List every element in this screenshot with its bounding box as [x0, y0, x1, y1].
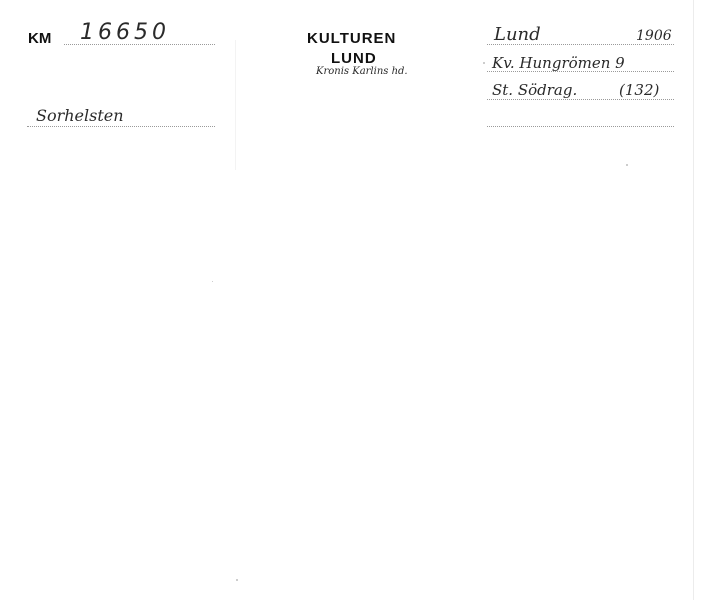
place-line	[487, 44, 674, 45]
address-line-2-rule	[487, 99, 674, 100]
institution-name: KULTUREN	[307, 30, 396, 47]
year: 1906	[636, 28, 672, 44]
place: Lund	[494, 24, 541, 45]
object-name: Sorhelsten	[36, 106, 124, 125]
object-name-line	[27, 126, 215, 127]
paper-speck	[212, 281, 213, 282]
km-label: KM	[28, 30, 51, 47]
catalog-number: 16650	[80, 20, 170, 45]
paper-speck	[626, 164, 628, 166]
address-line-1-rule	[487, 71, 674, 72]
institution-city: LUND	[331, 50, 377, 67]
acquisition-note: Kronis Karlins hd.	[316, 66, 408, 77]
card-edge	[693, 0, 694, 600]
reference-number: (132)	[619, 81, 659, 99]
paper-speck	[236, 579, 238, 581]
address-line-1: Kv. Hungrömen 9	[492, 54, 625, 72]
faint-rule	[235, 40, 236, 170]
catalog-number-line	[64, 44, 215, 45]
address-line-2: St. Södrag.	[492, 81, 577, 99]
ink-dot	[483, 62, 485, 64]
empty-rule	[487, 126, 674, 127]
catalog-card: KM 16650 Sorhelsten KULTUREN LUND Kronis…	[0, 0, 707, 600]
